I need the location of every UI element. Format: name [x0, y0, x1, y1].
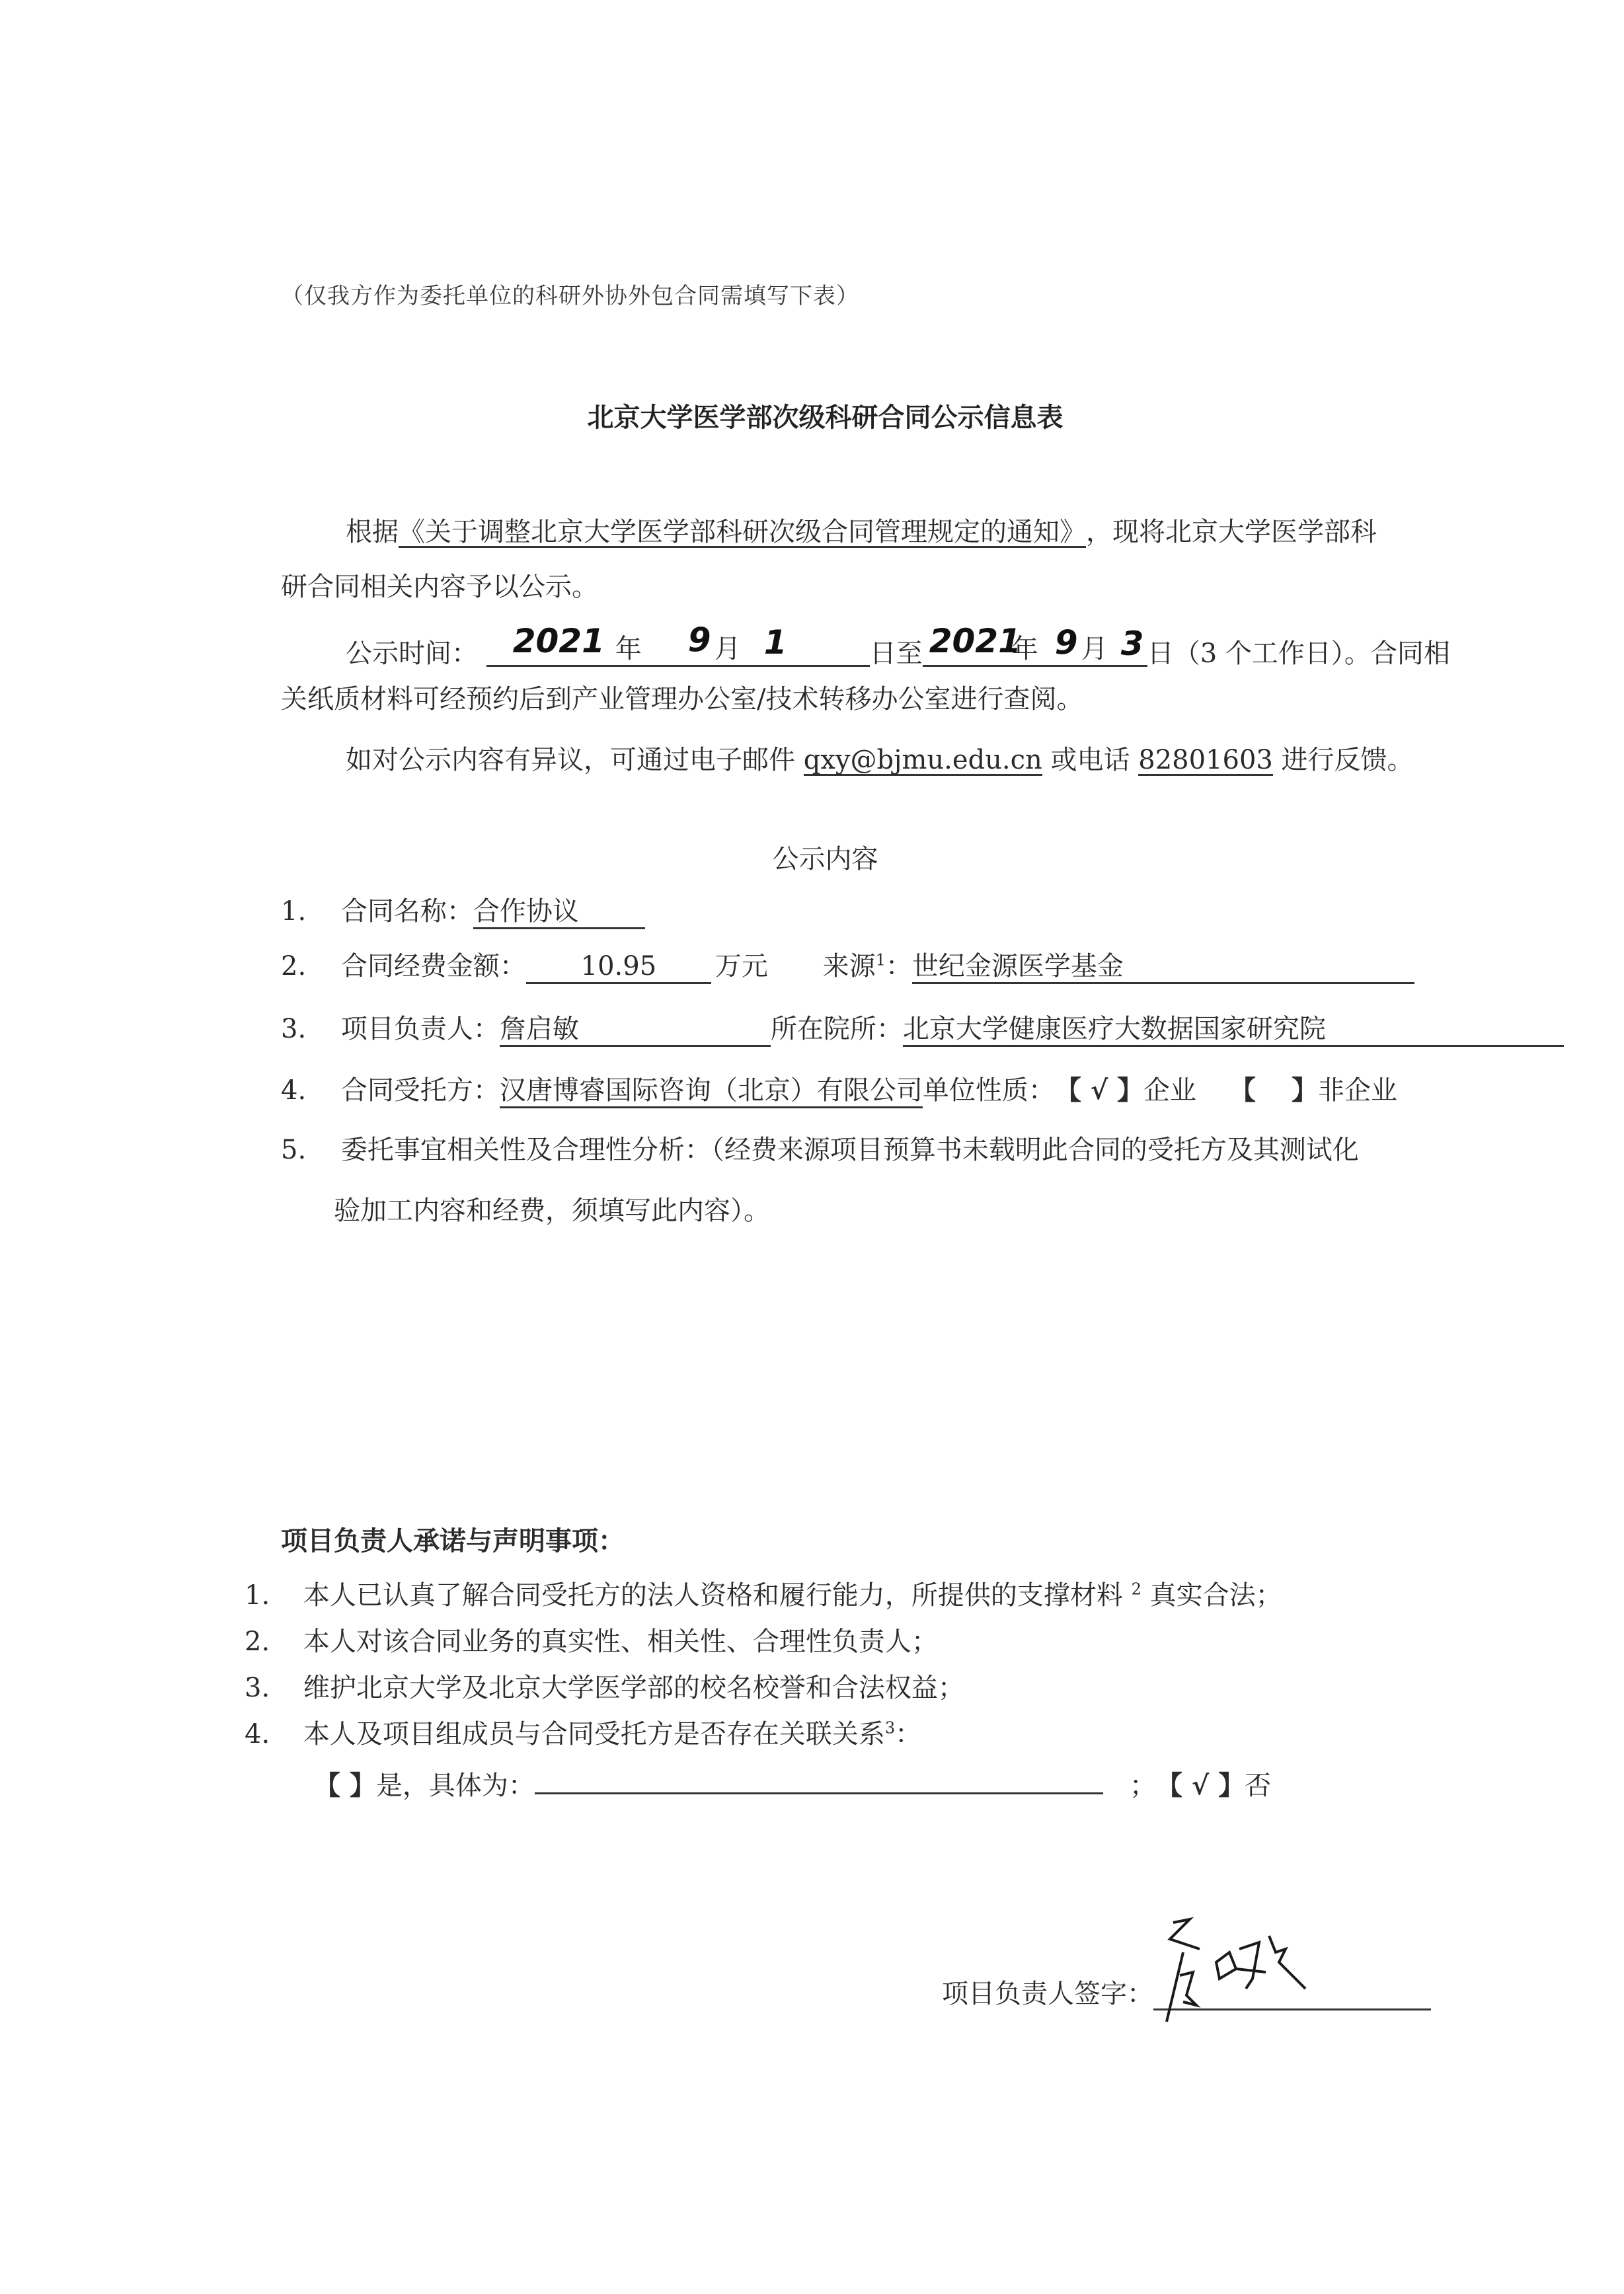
enterprise-checkbox[interactable]: 【 √ 】 [1055, 1069, 1143, 1107]
document-title: 北京大学医学部次级科研合同公示信息表 [0, 397, 1624, 434]
item-number: 2. [245, 1626, 270, 1657]
non-enterprise-label: 非企业 [1318, 1075, 1397, 1106]
institute-label: 所在院所： [771, 1014, 903, 1044]
item-number: 2. [281, 951, 306, 981]
start-day: 1 [764, 628, 787, 657]
start-month: 9 [688, 625, 711, 654]
project-leader-value[interactable]: 詹启敏 [500, 1014, 771, 1047]
publicity-label: 公示时间： [346, 638, 478, 669]
non-enterprise-checkbox[interactable]: 【 】 [1229, 1069, 1318, 1107]
feedback-line: 如对公示内容有异议，可通过电子邮件 qxy@bjmu.edu.cn 或电话 82… [346, 747, 1414, 776]
funding-source-value[interactable]: 世纪金源医学基金 [912, 952, 1414, 984]
intro-line-1: 根据《关于调整北京大学医学部科研次级合同管理规定的通知》，现将北京大学医学部科 [346, 519, 1377, 548]
source-colon: ： [886, 951, 912, 981]
workdays-note: （3 个工作日）。合同相 [1174, 638, 1450, 669]
month-char: 月 [715, 634, 741, 664]
item-contract-amount: 2. 合同经费金额：10.95万元 来源1：世纪金源医学基金 [281, 945, 1414, 984]
end-month: 9 [1055, 628, 1078, 657]
relation-no-label: 否 [1245, 1771, 1271, 1801]
end-day: 3 [1121, 629, 1144, 658]
feedback-prefix: 如对公示内容有异议，可通过电子邮件 [346, 745, 804, 775]
signature-field[interactable] [1153, 1982, 1431, 2010]
commitment-item-4: 4. 本人及项目组成员与合同受托方是否存在关联关系3： [245, 1713, 921, 1751]
feedback-phone[interactable]: 82801603 [1138, 747, 1273, 776]
feedback-suffix: 进行反馈。 [1273, 745, 1414, 775]
item-project-leader: 3. 项目负责人：詹启敏所在院所：北京大学健康医疗大数据国家研究院 [281, 1008, 1564, 1047]
relation-detail-field[interactable] [535, 1791, 1103, 1794]
item-number: 4. [245, 1719, 270, 1749]
footnote-marker: 2 [1132, 1580, 1141, 1599]
nature-label: 单位性质： [923, 1075, 1055, 1106]
publicity-period-line-2: 关纸质材料可经预约后到产业管理办公室/技术转移办公室进行查阅。 [281, 686, 1083, 712]
commitment-text: 维护北京大学及北京大学医学部的校名校誉和合法权益； [303, 1673, 964, 1703]
relation-yes-checkbox[interactable]: 【 】 [314, 1765, 376, 1802]
institute-value[interactable]: 北京大学健康医疗大数据国家研究院 [903, 1014, 1564, 1047]
handwritten-signature-icon [1153, 1916, 1325, 2035]
commitment-text-end: 真实合法； [1150, 1580, 1282, 1611]
commitment-title: 项目负责人承诺与声明事项： [281, 1520, 625, 1558]
enterprise-label: 企业 [1143, 1075, 1196, 1106]
to-char: 日至 [870, 638, 923, 669]
item-label: 委托事宜相关性及合理性分析： [341, 1135, 711, 1165]
source-footnote: 1 [876, 951, 886, 970]
contract-name-value[interactable]: 合作协议 [473, 897, 645, 929]
end-date-field[interactable]: 2021 年 9 月 3 [923, 634, 1147, 667]
item-number: 3. [245, 1673, 270, 1703]
item-label: 合同名称： [341, 896, 473, 927]
end-year: 2021 [929, 627, 1021, 656]
item-label: 合同受托方： [341, 1075, 500, 1106]
relation-yes-label: 是，具体为： [376, 1771, 535, 1801]
footnote-marker: 3 [885, 1719, 895, 1738]
item-contractor: 4. 合同受托方：汉唐博睿国际咨询（北京）有限公司单位性质：【 √ 】企业【 】… [281, 1069, 1397, 1108]
start-year: 2021 [513, 627, 605, 656]
intro-prefix: 根据 [346, 517, 399, 547]
signature-row: 项目负责人签字： [942, 1973, 1431, 2010]
commitment-text: 本人对该合同业务的真实性、相关性、合理性负责人； [303, 1626, 938, 1657]
feedback-email[interactable]: qxy@bjmu.edu.cn [804, 747, 1042, 776]
item-number: 4. [281, 1075, 306, 1106]
notice-title: 《关于调整北京大学医学部科研次级合同管理规定的通知》 [399, 519, 1086, 548]
commitment-text: 本人已认真了解合同受托方的法人资格和履行能力，所提供的支撑材料 [303, 1580, 1123, 1611]
contractor-value[interactable]: 汉唐博睿国际咨询（北京）有限公司 [500, 1076, 923, 1108]
commitment-item-1: 1. 本人已认真了解合同受托方的法人资格和履行能力，所提供的支撑材料 2 真实合… [245, 1574, 1282, 1612]
item-label: 合同经费金额： [341, 951, 526, 981]
day-char: 日 [1147, 638, 1174, 669]
intro-suffix: ，现将北京大学医学部科 [1086, 517, 1377, 547]
item-relevance-analysis: 5. 委托事宜相关性及合理性分析：（经费来源项目预算书未载明此合同的受托方及其测… [281, 1129, 1359, 1166]
analysis-instruction-line-1: （经费来源项目预算书未载明此合同的受托方及其测试化 [711, 1135, 1359, 1165]
relation-separator: ； [1130, 1771, 1156, 1801]
commitment-item-2: 2. 本人对该合同业务的真实性、相关性、合理性负责人； [245, 1621, 938, 1658]
relation-answer-line: 【 】是，具体为：；【 √ 】否 [314, 1765, 1271, 1802]
item-label: 项目负责人： [341, 1014, 500, 1044]
feedback-middle: 或电话 [1042, 745, 1138, 775]
month-char-2: 月 [1081, 634, 1108, 664]
item-number: 1. [245, 1580, 270, 1611]
commitment-colon: ： [895, 1719, 921, 1749]
intro-line-2: 研合同相关内容予以公示。 [281, 574, 598, 600]
start-date-field[interactable]: 2021 年 9 月 1 [486, 634, 870, 667]
year-char: 年 [615, 634, 642, 664]
publicity-period-line-1: 公示时间： 2021 年 9 月 1 日至 2021 年 9 月 3 日（3 个… [346, 634, 1450, 667]
item-number: 5. [281, 1135, 306, 1165]
item-number: 3. [281, 1014, 306, 1044]
signature-label: 项目负责人签字： [942, 1979, 1153, 2009]
item-number: 1. [281, 896, 306, 927]
year-char-2: 年 [1012, 634, 1038, 664]
commitment-text: 本人及项目组成员与合同受托方是否存在关联关系 [303, 1719, 885, 1749]
item-contract-name: 1. 合同名称：合作协议 [281, 890, 645, 929]
source-label: 来源 [823, 951, 876, 981]
analysis-instruction-line-2: 验加工内容和经费，须填写此内容）。 [334, 1190, 770, 1227]
amount-unit: 万元 [715, 951, 768, 981]
relation-no-checkbox[interactable]: 【 √ 】 [1156, 1765, 1245, 1802]
content-section-title: 公示内容 [0, 838, 1624, 876]
commitment-item-3: 3. 维护北京大学及北京大学医学部的校名校誉和合法权益； [245, 1667, 964, 1704]
contract-amount-value[interactable]: 10.95 [526, 952, 711, 984]
header-note: （仅我方作为委托单位的科研外协外包合同需填写下表） [281, 278, 859, 310]
